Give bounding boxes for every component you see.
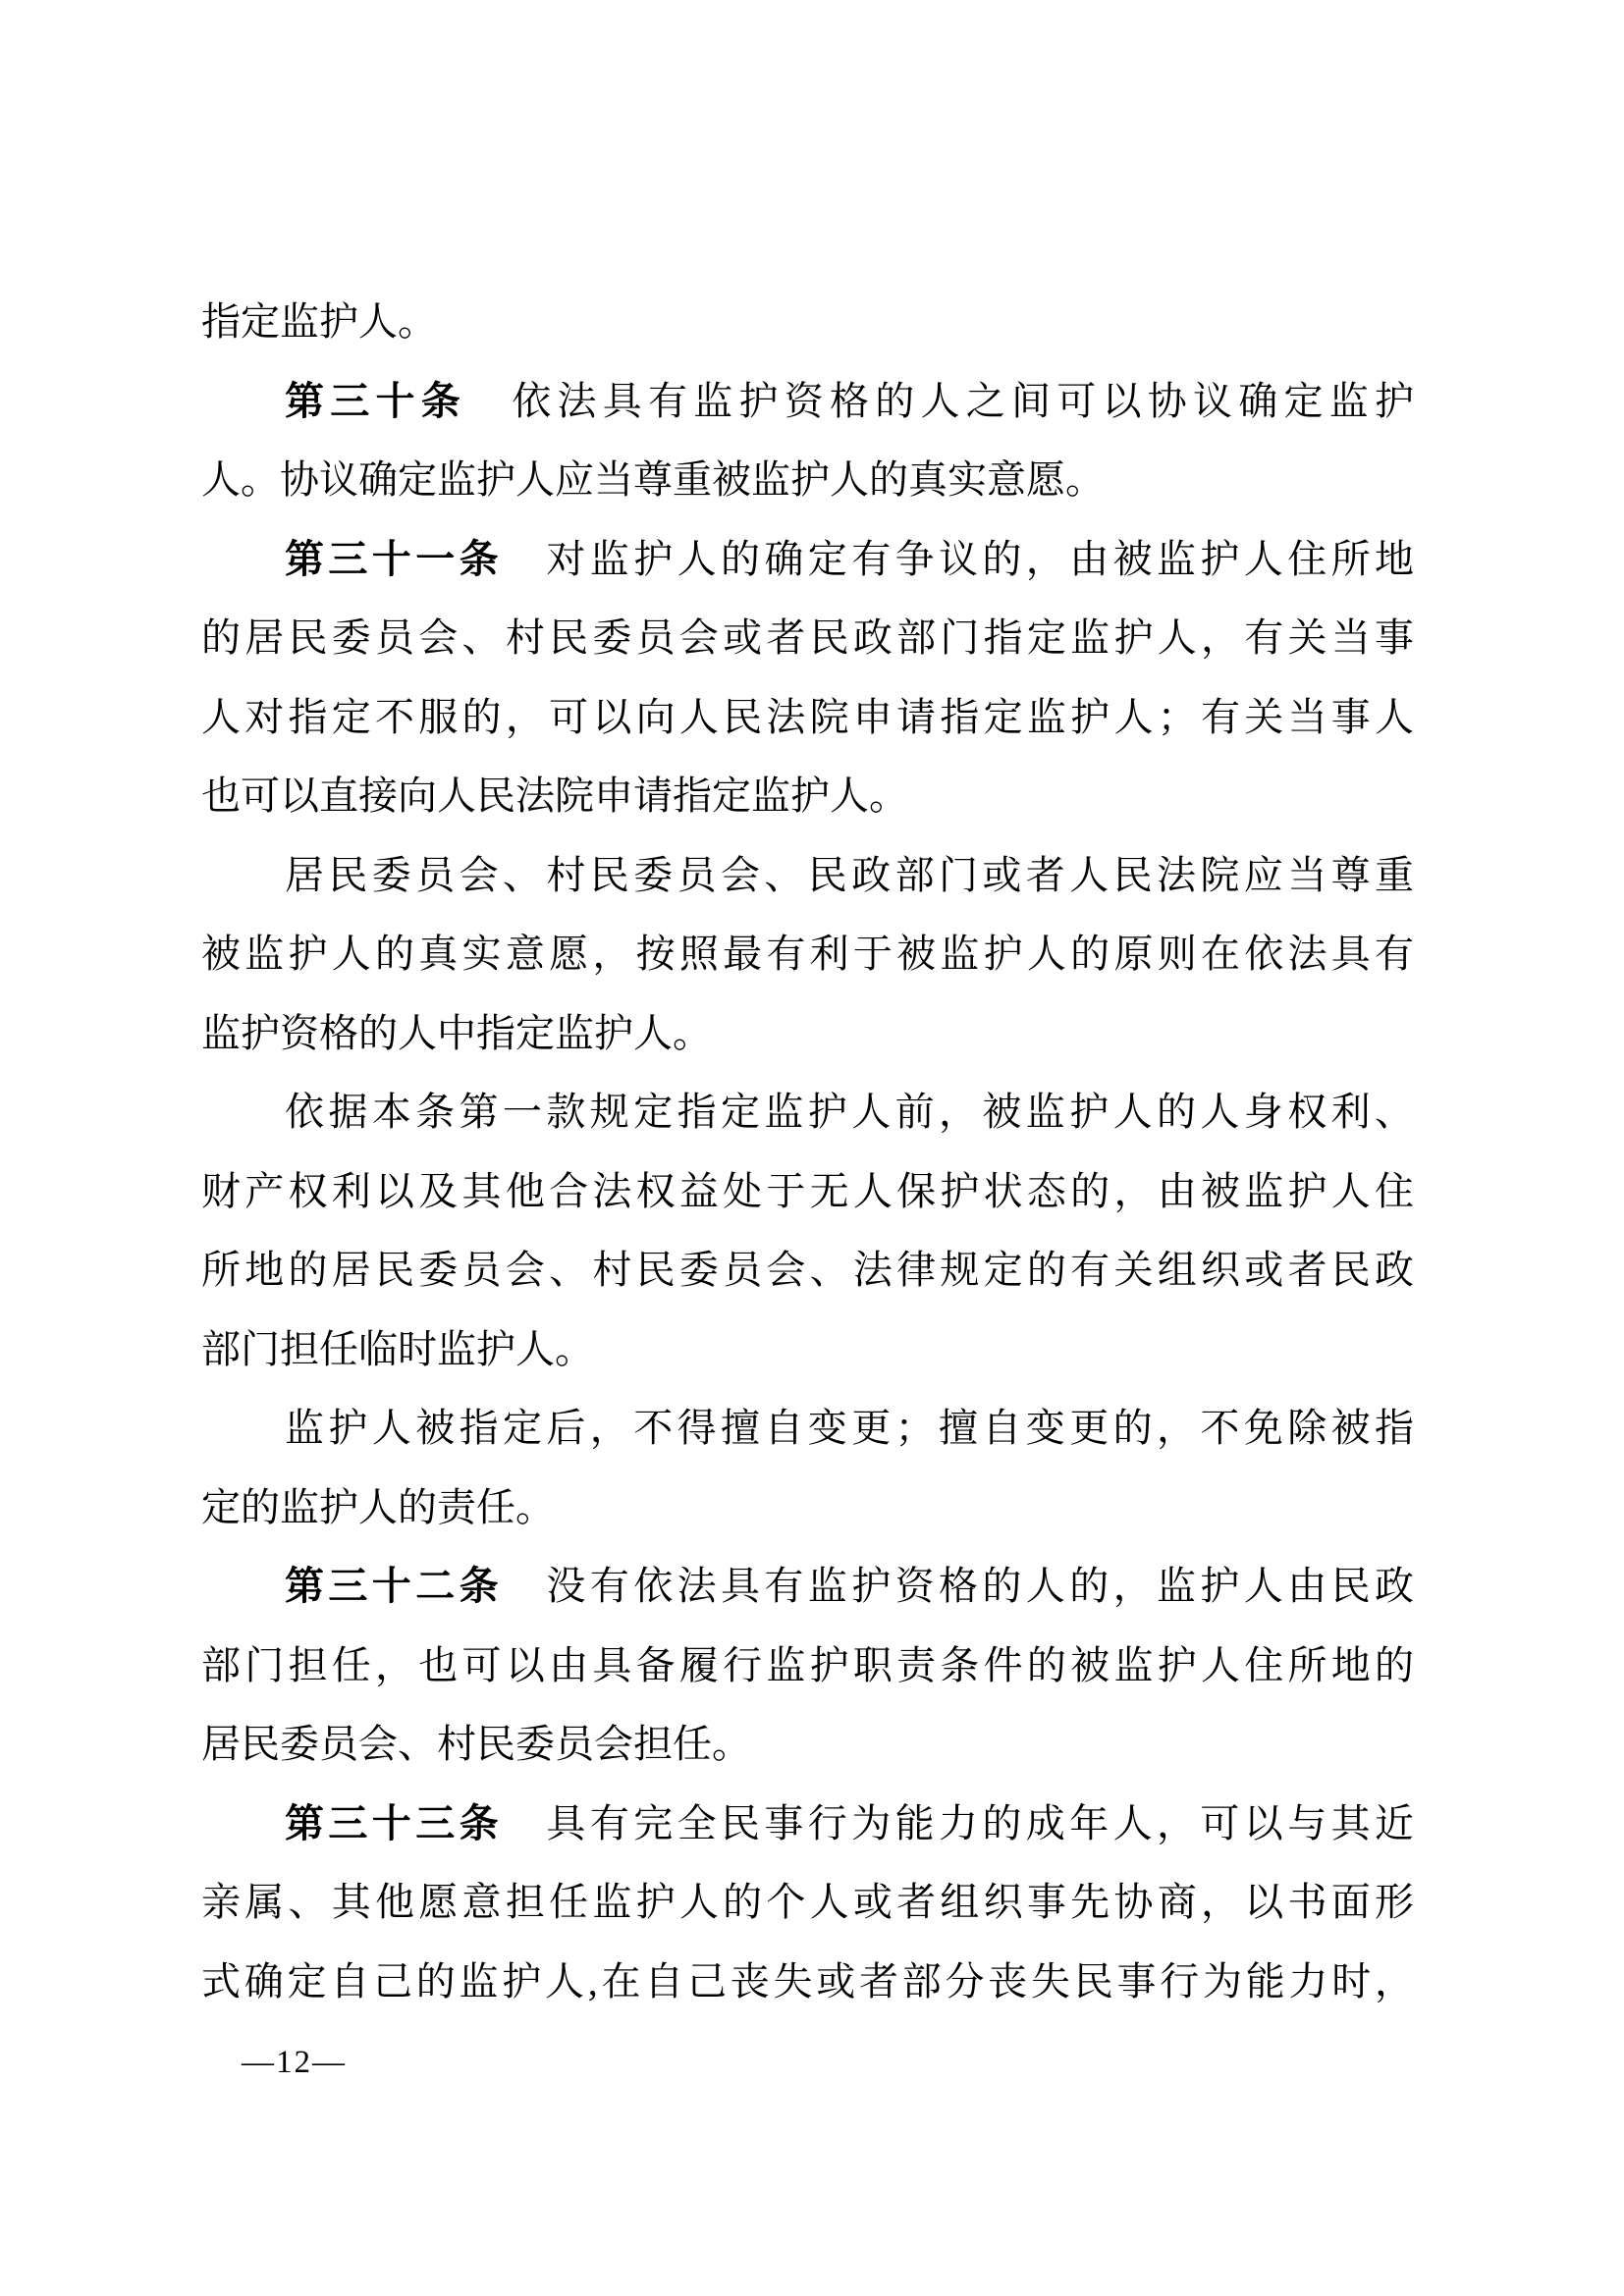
text-segment: 对监护人的确定有争议的，由被监护人住所地 xyxy=(503,537,1414,581)
text-line: 监护资格的人中指定监护人。 xyxy=(201,994,1414,1074)
paragraph-article-32: 第三十二条 没有依法具有监护资格的人的，监护人由民政部门担任，也可以由具备履行监… xyxy=(201,1547,1414,1785)
text-segment: 监护人被指定后，不得擅自变更；擅自变更的，不免除被指 xyxy=(285,1406,1414,1450)
text-segment: 具有完全民事行为能力的成年人，可以与其近 xyxy=(503,1801,1414,1845)
text-segment: 依据本条第一款规定指定监护人前，被监护人的人身权利、 xyxy=(285,1090,1414,1134)
text-line: 定的监护人的责任。 xyxy=(201,1468,1414,1548)
paragraph-article-31-clause-2: 居民委员会、村民委员会、民政部门或者人民法院应当尊重被监护人的真实意愿，按照最有… xyxy=(201,836,1414,1074)
text-line: 也可以直接向人民法院申请指定监护人。 xyxy=(201,757,1414,836)
article-number: 第三十二条 xyxy=(285,1565,503,1608)
text-line: 第三十一条 对监护人的确定有争议的，由被监护人住所地 xyxy=(201,520,1414,600)
text-line: 监护人被指定后，不得擅自变更；擅自变更的，不免除被指 xyxy=(201,1389,1414,1468)
paragraph-article-33: 第三十三条 具有完全民事行为能力的成年人，可以与其近亲属、其他愿意担任监护人的个… xyxy=(201,1785,1414,2022)
text-line: 人对指定不服的，可以向人民法院申请指定监护人；有关当事人 xyxy=(201,678,1414,758)
text-segment: 部门担任，也可以由具备履行监护职责条件的被监护人住所地的 xyxy=(201,1643,1414,1687)
document-body: 指定监护人。第三十条 依法具有监护资格的人之间可以协议确定监护人。协议确定监护人… xyxy=(201,283,1414,2021)
document-page: 指定监护人。第三十条 依法具有监护资格的人之间可以协议确定监护人。协议确定监护人… xyxy=(0,0,1624,2296)
paragraph-article-30: 第三十条 依法具有监护资格的人之间可以协议确定监护人。协议确定监护人应当尊重被监… xyxy=(201,362,1414,520)
text-line: 第三十三条 具有完全民事行为能力的成年人，可以与其近 xyxy=(201,1785,1414,1864)
text-segment: 所地的居民委员会、村民委员会、法律规定的有关组织或者民政 xyxy=(201,1248,1414,1292)
text-segment: 被监护人的真实意愿，按照最有利于被监护人的原则在依法具有 xyxy=(201,932,1414,976)
text-line: 财产权利以及其他合法权益处于无人保护状态的，由被监护人住 xyxy=(201,1152,1414,1232)
text-segment: 部门担任临时监护人。 xyxy=(201,1327,594,1371)
article-number: 第三十三条 xyxy=(285,1802,503,1845)
text-segment: 人。协议确定监护人应当尊重被监护人的真实意愿。 xyxy=(201,457,1105,502)
text-segment: 人对指定不服的，可以向人民法院申请指定监护人；有关当事人 xyxy=(201,695,1414,739)
text-segment: 依法具有监护资格的人之间可以协议确定监护 xyxy=(466,379,1414,423)
text-line: 部门担任，也可以由具备履行监护职责条件的被监护人住所地的 xyxy=(201,1627,1414,1706)
text-line: 第三十条 依法具有监护资格的人之间可以协议确定监护 xyxy=(201,362,1414,442)
text-segment: 没有依法具有监护资格的人的，监护人由民政 xyxy=(503,1564,1414,1608)
paragraph-continuation-from-previous-page: 指定监护人。 xyxy=(201,283,1414,362)
text-segment: 亲属、其他愿意担任监护人的个人或者组织事先协商，以书面形 xyxy=(201,1880,1414,1924)
paragraph-article-31-clause-1: 第三十一条 对监护人的确定有争议的，由被监护人住所地的居民委员会、村民委员会或者… xyxy=(201,520,1414,836)
article-number: 第三十一条 xyxy=(285,538,503,581)
text-segment: 指定监护人。 xyxy=(201,299,437,344)
text-line: 部门担任临时监护人。 xyxy=(201,1310,1414,1390)
article-number: 第三十条 xyxy=(285,380,466,423)
text-segment: 定的监护人的责任。 xyxy=(201,1485,555,1529)
text-line: 被监护人的真实意愿，按照最有利于被监护人的原则在依法具有 xyxy=(201,915,1414,994)
text-segment: 居民委员会、村民委员会、民政部门或者人民法院应当尊重 xyxy=(285,853,1414,897)
page-number: —12— xyxy=(242,2044,347,2081)
text-line: 所地的居民委员会、村民委员会、法律规定的有关组织或者民政 xyxy=(201,1231,1414,1310)
text-segment: 财产权利以及其他合法权益处于无人保护状态的，由被监护人住 xyxy=(201,1169,1414,1213)
text-line: 依据本条第一款规定指定监护人前，被监护人的人身权利、 xyxy=(201,1073,1414,1152)
text-segment: 的居民委员会、村民委员会或者民政部门指定监护人，有关当事 xyxy=(201,615,1414,660)
text-segment: 居民委员会、村民委员会担任。 xyxy=(201,1722,751,1766)
paragraph-article-31-clause-3: 依据本条第一款规定指定监护人前，被监护人的人身权利、财产权利以及其他合法权益处于… xyxy=(201,1073,1414,1389)
text-line: 人。协议确定监护人应当尊重被监护人的真实意愿。 xyxy=(201,441,1414,520)
text-line: 居民委员会、村民委员会、民政部门或者人民法院应当尊重 xyxy=(201,836,1414,916)
paragraph-article-31-clause-4: 监护人被指定后，不得擅自变更；擅自变更的，不免除被指定的监护人的责任。 xyxy=(201,1389,1414,1547)
text-line: 的居民委员会、村民委员会或者民政部门指定监护人，有关当事 xyxy=(201,599,1414,678)
text-segment: 式确定自己的监护人,在自己丧失或者部分丧失民事行为能力时， xyxy=(201,1959,1414,2003)
text-line: 式确定自己的监护人,在自己丧失或者部分丧失民事行为能力时， xyxy=(201,1943,1414,2022)
text-segment: 监护资格的人中指定监护人。 xyxy=(201,1011,712,1055)
text-line: 居民委员会、村民委员会担任。 xyxy=(201,1705,1414,1785)
text-line: 指定监护人。 xyxy=(201,283,1414,362)
text-segment: 也可以直接向人民法院申请指定监护人。 xyxy=(201,774,908,818)
text-line: 亲属、其他愿意担任监护人的个人或者组织事先协商，以书面形 xyxy=(201,1863,1414,1943)
text-line: 第三十二条 没有依法具有监护资格的人的，监护人由民政 xyxy=(201,1547,1414,1627)
